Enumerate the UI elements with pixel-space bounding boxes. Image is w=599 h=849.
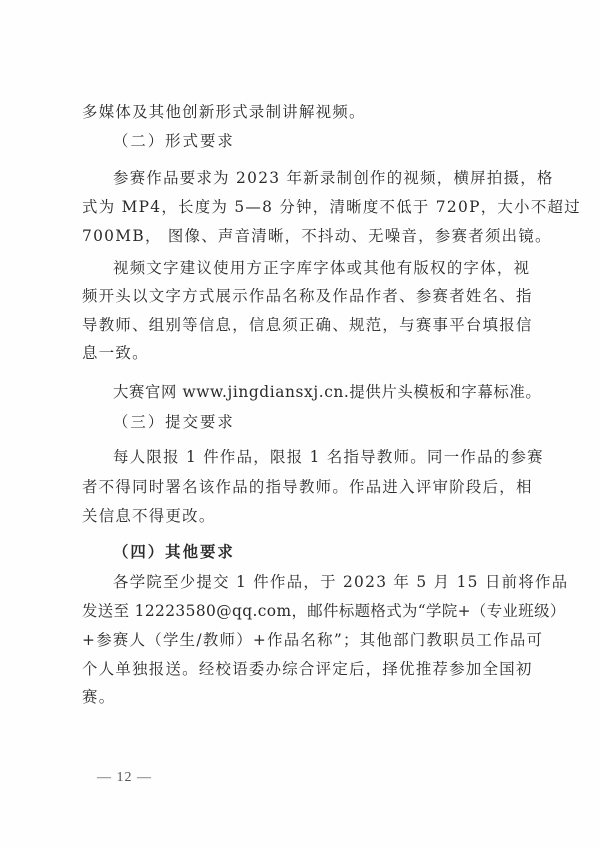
paragraph-line: +参赛人（学生/教师）+作品名称”；其他部门教职员工作品可 [82, 630, 516, 650]
document-page: 多媒体及其他创新形式录制讲解视频。 （二）形式要求 参赛作品要求为 2023 年… [0, 0, 599, 849]
section-heading-other-requirements: （四）其他要求 [113, 542, 516, 562]
section-heading-submission-requirements: （三）提交要求 [113, 412, 516, 432]
paragraph-line: 赛。 [82, 687, 516, 707]
paragraph-line: 频开头以文字方式展示作品名称及作品作者、参赛者姓名、指 [82, 286, 516, 306]
paragraph-line: 多媒体及其他创新形式录制讲解视频。 [82, 102, 516, 122]
section-heading-form-requirements: （二）形式要求 [113, 131, 516, 151]
official-website-line: 大赛官网 www.jingdiansxj.cn.提供片头模板和字幕标准。 [113, 382, 516, 402]
paragraph-line: 式为 MP4，长度为 5—8 分钟，清晰度不低于 720P，大小不超过 [82, 197, 516, 217]
paragraph-line: 个人单独报送。经校语委办综合评定后，择优推荐参加全国初 [82, 659, 516, 679]
paragraph-line: 者不得同时署名该作品的指导教师。作品进入评审阶段后，相 [82, 477, 516, 497]
paragraph-line-email: 发送至 12223580@qq.com，邮件标题格式为“学院+（专业班级） [82, 601, 516, 621]
page-number: — 12 — [97, 768, 152, 788]
paragraph-line: 参赛作品要求为 2023 年新录制创作的视频，横屏拍摄，格 [113, 168, 516, 188]
paragraph-line: 息一致。 [82, 343, 516, 363]
paragraph-line: 700MB， 图像、声音清晰，不抖动、无噪音，参赛者须出镜。 [82, 226, 516, 246]
paragraph-line: 导教师、组别等信息，信息须正确、规范，与赛事平台填报信 [82, 315, 516, 335]
paragraph-line: 每人限报 1 件作品，限报 1 名指导教师。同一作品的参赛 [113, 447, 516, 467]
paragraph-line: 视频文字建议使用方正字库字体或其他有版权的字体，视 [113, 258, 516, 278]
paragraph-line: 关信息不得更改。 [82, 506, 516, 526]
paragraph-line: 各学院至少提交 1 件作品，于 2023 年 5 月 15 日前将作品 [113, 572, 516, 592]
